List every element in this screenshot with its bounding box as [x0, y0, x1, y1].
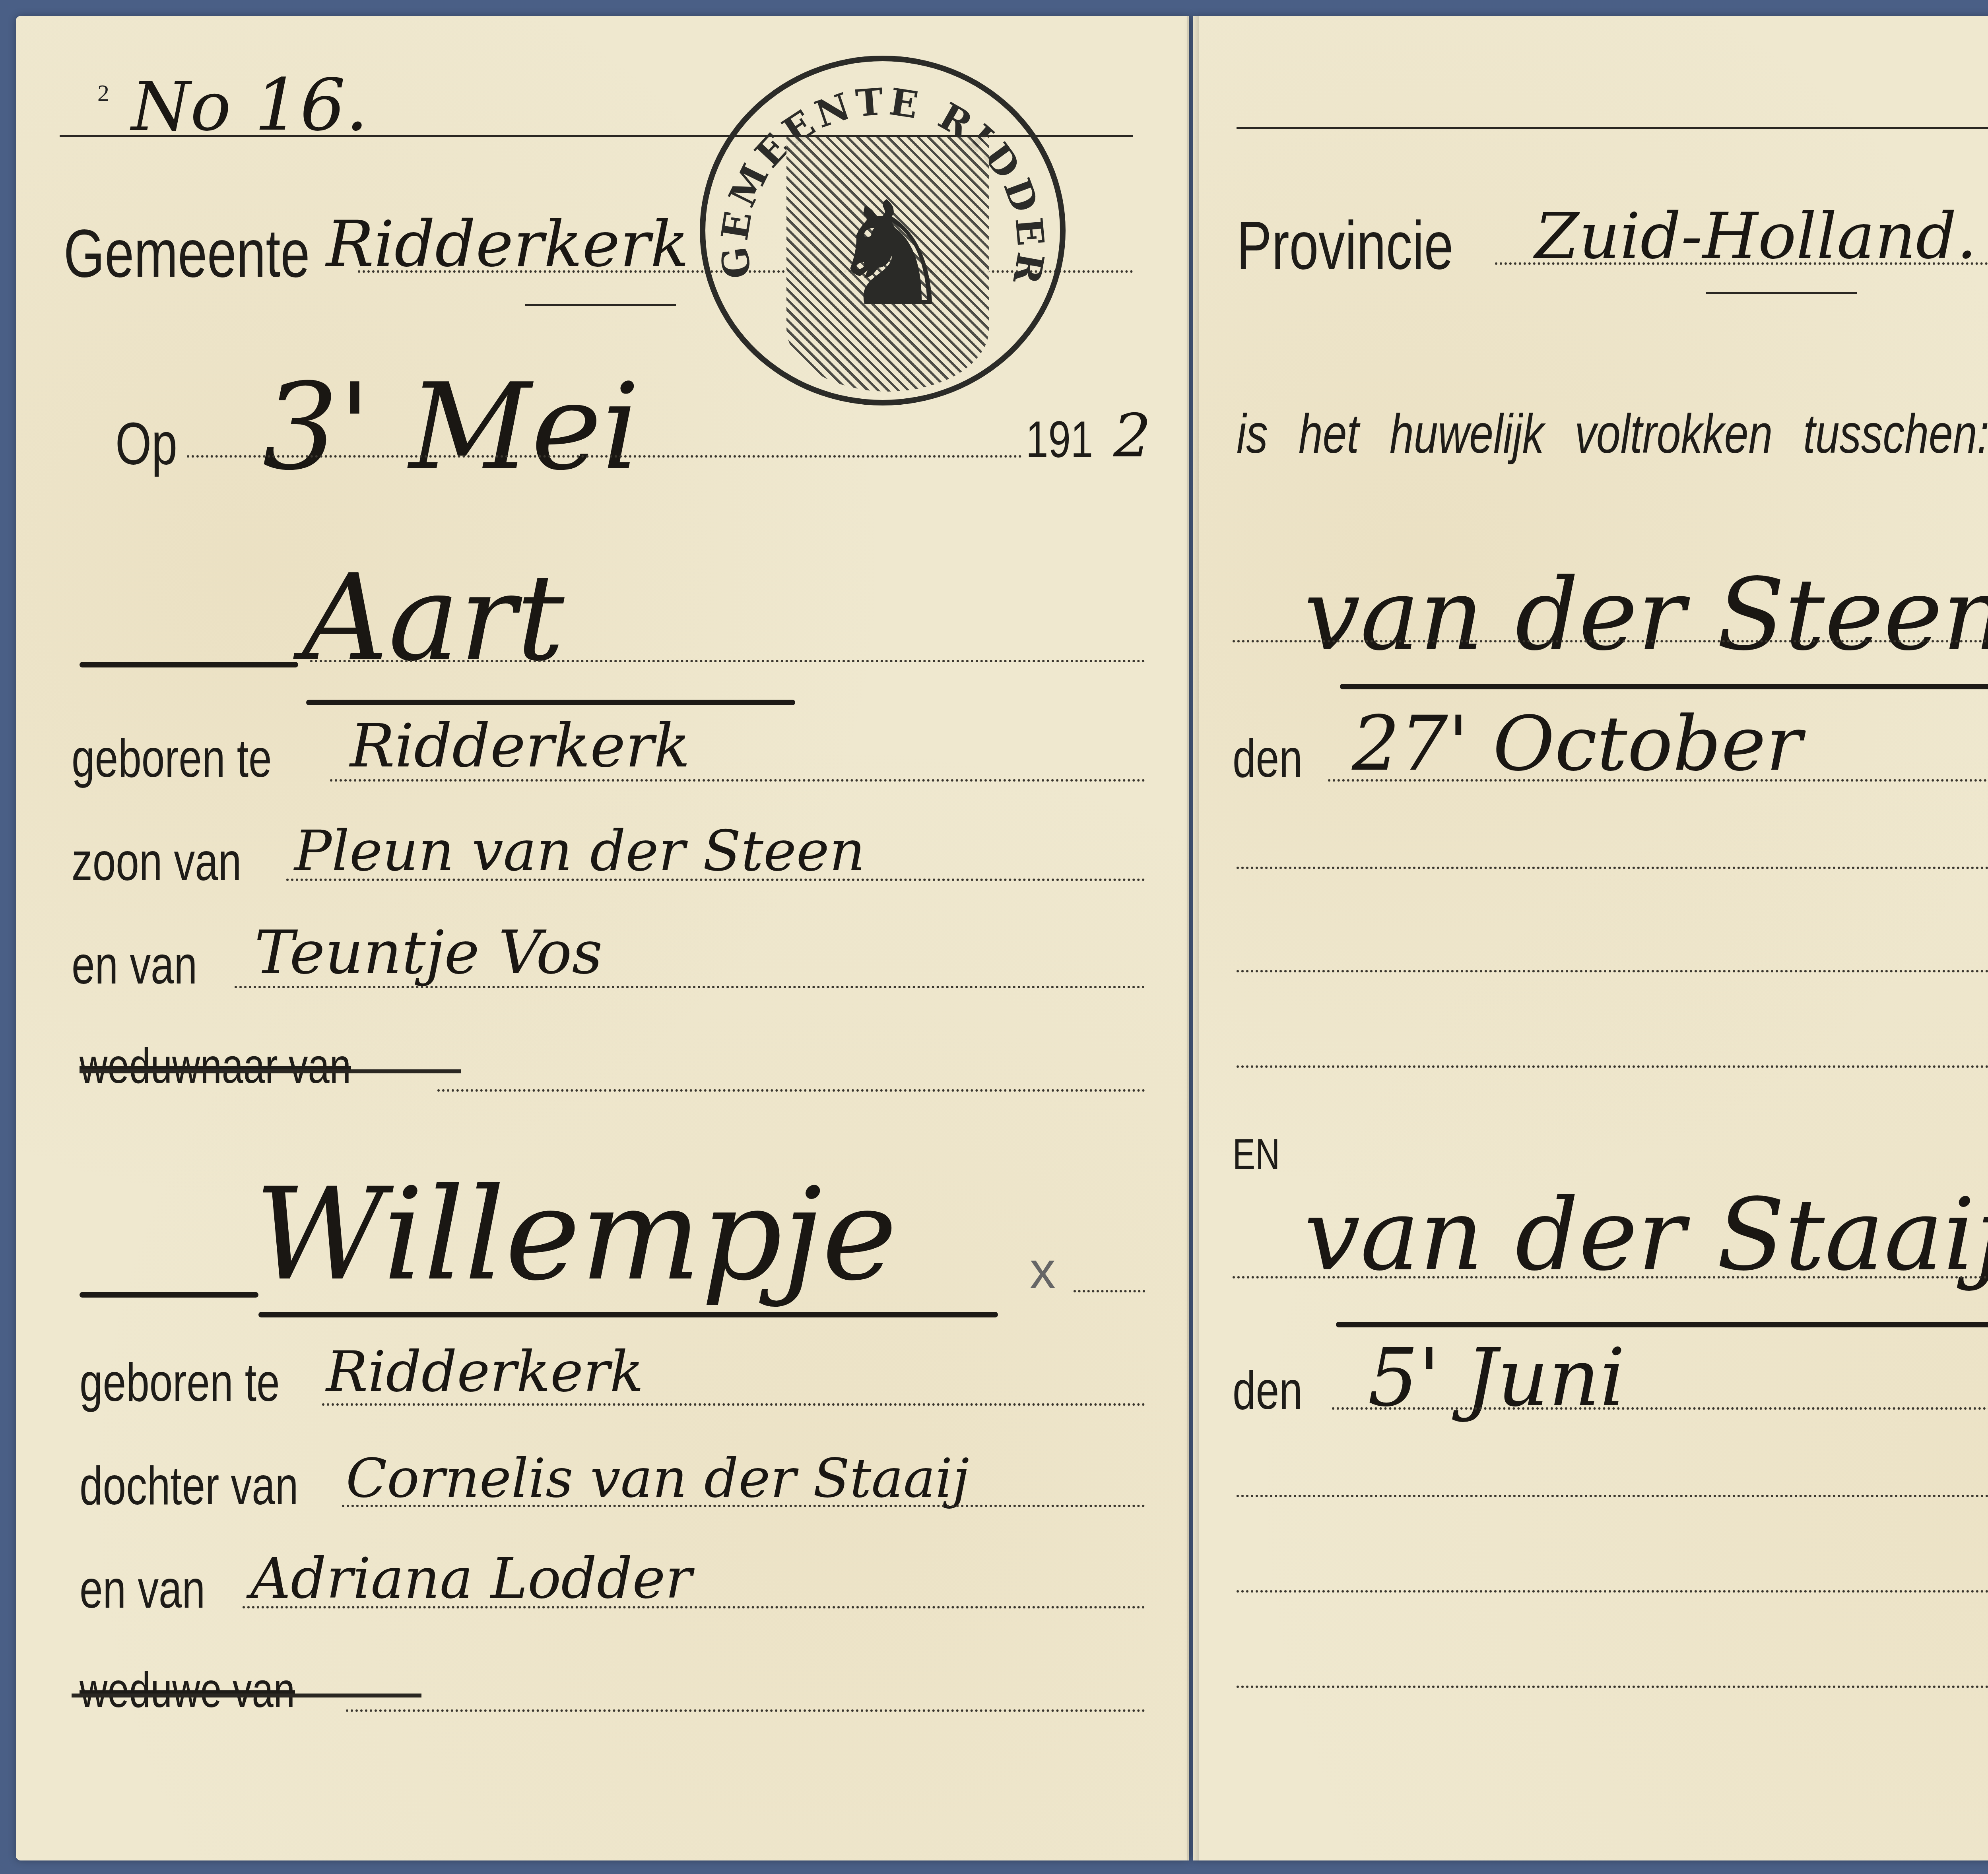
- right-blank-dotline-5: [1237, 1590, 1988, 1593]
- groom-birth-label: den: [1233, 727, 1303, 789]
- bride-father-label: dochter van: [80, 1455, 298, 1517]
- bride-father-dotline: [342, 1505, 1145, 1507]
- right-blank-dotline-6: [1237, 1686, 1988, 1688]
- en-label: EN: [1233, 1129, 1280, 1179]
- groom-birthplace-label: geboren te: [72, 727, 272, 789]
- groom-first-name: Aart: [302, 549, 564, 687]
- groom-surname-dotline: [1233, 640, 1988, 642]
- op-dotline: [187, 455, 1022, 458]
- record-number-label: No: [131, 68, 231, 146]
- bride-first-name: Willempje: [254, 1161, 897, 1309]
- groom-birthplace-value: Ridderkerk: [350, 712, 690, 781]
- provincie-dotline: [1495, 262, 1988, 265]
- groom-surname-underline: [1340, 684, 1988, 689]
- op-label: Op: [115, 409, 177, 478]
- bride-surname-underline: [1336, 1322, 1988, 1327]
- gemeente-label: Gemeente: [64, 215, 310, 293]
- bride-birthplace-dotline: [322, 1403, 1145, 1406]
- widower-strike-line: [80, 1069, 461, 1073]
- bride-surname: van der Staaij: [1304, 1177, 1988, 1292]
- bride-birthplace-label: geboren te: [80, 1352, 280, 1413]
- bride-father-value: Cornelis van der Staaij: [346, 1447, 969, 1509]
- groom-mother-dotline: [235, 986, 1145, 988]
- short-rule-left: [525, 304, 676, 306]
- groom-surname: van der Steen: [1304, 557, 1988, 672]
- widow-label-struck: weduwe van: [80, 1662, 295, 1719]
- year-printed: 191: [1026, 409, 1093, 469]
- bride-name-lead-line: [80, 1292, 258, 1298]
- bride-mother-value: Adriana Lodder: [250, 1546, 692, 1611]
- bride-name-dotline: [1074, 1290, 1145, 1292]
- groom-father-dotline: [286, 879, 1145, 881]
- short-rule-right: [1706, 292, 1857, 294]
- widow-dotline: [346, 1709, 1145, 1712]
- bride-mother-dotline: [243, 1606, 1145, 1608]
- bride-birth-dotline: [1332, 1407, 1988, 1410]
- widow-strike-line: [72, 1694, 421, 1697]
- year-handwritten: 2: [1113, 402, 1151, 471]
- right-blank-dotline-4: [1237, 1495, 1988, 1497]
- groom-name-lead-line: [80, 662, 298, 667]
- bride-birthplace-value: Ridderkerk: [326, 1340, 644, 1405]
- bride-mark: x: [1030, 1240, 1056, 1300]
- widower-dotline: [437, 1089, 1145, 1092]
- bride-birth-label: den: [1233, 1360, 1303, 1421]
- groom-name-dotline: [310, 660, 1145, 662]
- groom-father-value: Pleun van der Steen: [294, 819, 865, 884]
- groom-birthplace-dotline: [330, 779, 1145, 782]
- groom-father-label: zoon van: [72, 831, 241, 892]
- book-gutter: [1187, 16, 1199, 1860]
- groom-mother-value: Teuntje Vos: [254, 918, 602, 987]
- marriage-date: 3' Mei: [262, 358, 640, 497]
- right-blank-dotline-1: [1237, 867, 1988, 869]
- bride-name-underline: [258, 1312, 998, 1317]
- bride-birth-date: 5' Juni: [1368, 1332, 1625, 1424]
- gemeente-value: Ridderkerk: [326, 207, 689, 281]
- right-blank-dotline-2: [1237, 970, 1988, 972]
- provincie-value: Zuid-Holland.: [1535, 199, 1977, 273]
- widower-label-struck: weduwnaar van: [80, 1038, 351, 1094]
- groom-birth-date: 27' October: [1352, 700, 1802, 788]
- record-number-value: 16.: [254, 64, 368, 147]
- bride-mother-label: en van: [80, 1558, 205, 1620]
- provincie-label: Provincie: [1237, 207, 1453, 285]
- intro-text: is het huwelijk voltrokken tusschen:: [1237, 402, 1988, 466]
- right-blank-dotline-3: [1237, 1065, 1988, 1068]
- bride-surname-dotline: [1233, 1276, 1988, 1278]
- groom-birth-dotline: [1328, 779, 1988, 782]
- groom-mother-label: en van: [72, 934, 197, 996]
- knight-on-horse-icon: ♞: [827, 171, 955, 338]
- right-page: [1193, 16, 1988, 1860]
- header-rule-right: [1237, 127, 1988, 129]
- page-number-left: 2: [97, 80, 109, 107]
- groom-name-underline: [306, 700, 795, 705]
